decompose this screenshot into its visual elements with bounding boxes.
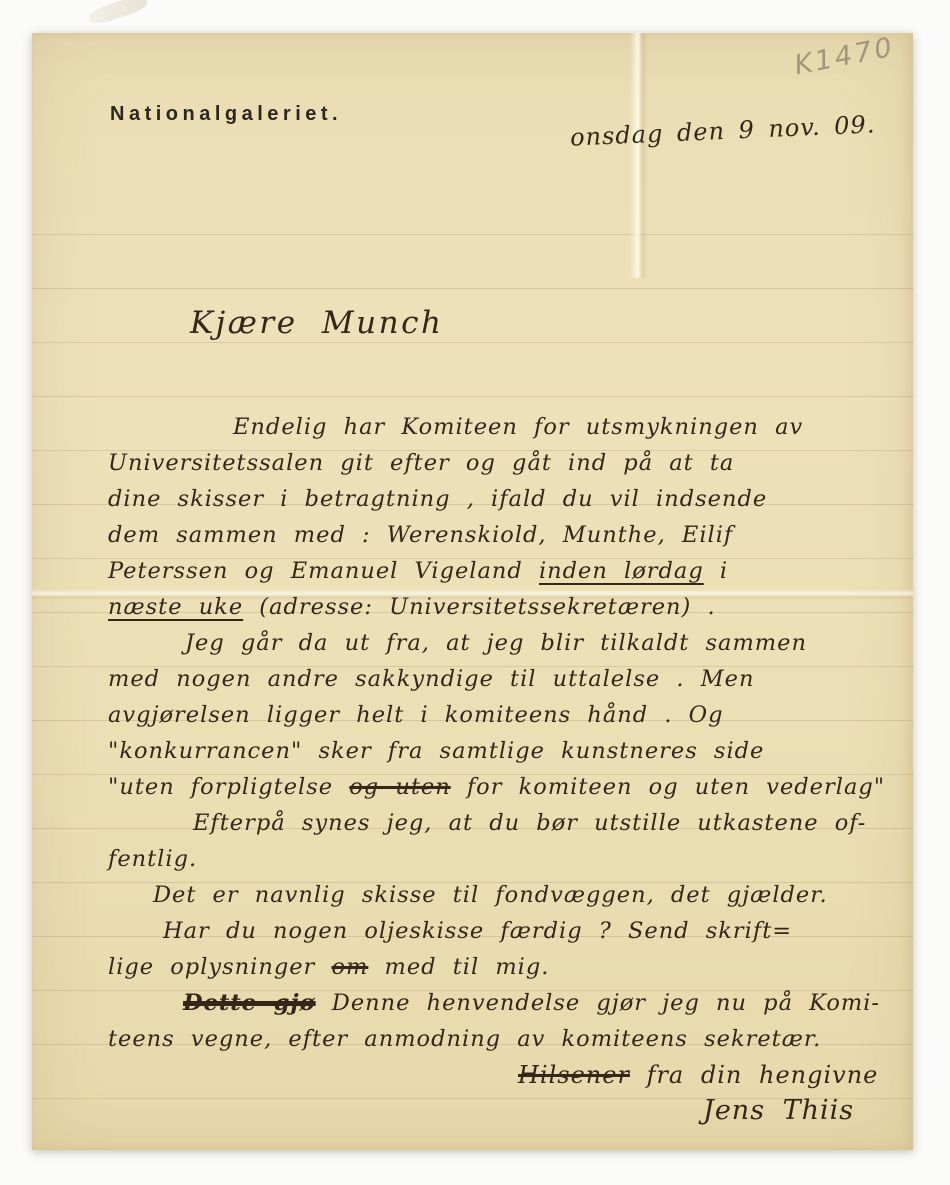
letter-text: "uten forpligtelse — [108, 774, 349, 800]
letter-line: avgjørelsen ligger helt i komiteens hånd… — [108, 697, 901, 733]
letter-line: Peterssen og Emanuel Vigeland inden lørd… — [108, 553, 901, 589]
struck-text: Dette gjø — [183, 990, 316, 1016]
struck-text: om — [331, 954, 368, 980]
letter-text: "konkurrancen" sker fra samtlige kunstne… — [108, 738, 764, 764]
letter-text: med til mig. — [368, 954, 549, 980]
letter-body: Endelig har Komiteen for utsmykningen av… — [108, 409, 901, 1129]
letter-text: Endelig har Komiteen for utsmykningen av — [233, 414, 803, 440]
letter-line: Dette gjø Denne henvendelse gjør jeg nu … — [108, 985, 901, 1021]
letter-line: Har du nogen oljeskisse færdig ? Send sk… — [108, 913, 901, 949]
letter-text: Det er navnlig skisse til fondvæggen, de… — [153, 882, 828, 908]
letter-text: Jeg går da ut fra, at jeg blir tilkaldt … — [185, 630, 807, 656]
letter-text: med nogen andre sakkyndige til uttalelse… — [108, 666, 754, 692]
letter-text: avgjørelsen ligger helt i komiteens hånd… — [108, 702, 723, 728]
letter-line: fentlig. — [108, 841, 901, 877]
letter-line: teens vegne, efter anmodning av komiteen… — [108, 1021, 901, 1057]
letter-text: Universitetssalen git efter og gåt ind p… — [108, 450, 734, 476]
letter-text: teens vegne, efter anmodning av komiteen… — [108, 1026, 821, 1052]
letter-text: dem sammen med : Werenskiold, Munthe, Ei… — [108, 522, 733, 548]
underlined-text: inden lørdag — [539, 558, 704, 584]
struck-text: og uten — [349, 774, 450, 800]
letter-line: Endelig har Komiteen for utsmykningen av — [108, 409, 901, 445]
letter-text: (adresse: Universitetssekretæren) . — [243, 594, 715, 620]
underlined-text: næste uke — [108, 594, 243, 620]
letter-text: Jens Thiis — [703, 1095, 854, 1126]
letter-text: fentlig. — [108, 846, 197, 872]
letter-text: Denne henvendelse gjør jeg nu på Komi- — [316, 990, 880, 1016]
vertical-fold-crease — [630, 33, 648, 278]
letter-line: "uten forpligtelse og uten for komiteen … — [108, 769, 901, 805]
letter-line: Efterpå synes jeg, at du bør utstille ut… — [108, 805, 901, 841]
letter-line: dine skisser i betragtning , ifald du vi… — [108, 481, 901, 517]
letter-text: dine skisser i betragtning , ifald du vi… — [108, 486, 767, 512]
archive-code-pencil: K1470 — [792, 32, 897, 82]
letter-line: "konkurrancen" sker fra samtlige kunstne… — [108, 733, 901, 769]
letter-line: med nogen andre sakkyndige til uttalelse… — [108, 661, 901, 697]
letter-line: Universitetssalen git efter og gåt ind p… — [108, 445, 901, 481]
letter-text: fra din hengivne — [630, 1061, 878, 1089]
letter-line: lige oplysninger om med til mig. — [108, 949, 901, 985]
letter-scan: K1470 Nationalgaleriet. onsdag den 9 nov… — [0, 0, 950, 1185]
struck-text: Hilsener — [518, 1061, 630, 1089]
letter-text: lige oplysninger — [108, 954, 331, 980]
letter-text: Efterpå synes jeg, at du bør utstille ut… — [193, 810, 866, 836]
letterhead: Nationalgaleriet. — [110, 103, 342, 126]
letter-text: Peterssen og Emanuel Vigeland — [108, 558, 539, 584]
letter-line: Det er navnlig skisse til fondvæggen, de… — [108, 877, 901, 913]
letter-text: Har du nogen oljeskisse færdig ? Send sk… — [163, 918, 792, 944]
letter-paper: K1470 Nationalgaleriet. onsdag den 9 nov… — [32, 33, 913, 1150]
scan-page: { "document": { "archive_code": "K1470",… — [0, 0, 950, 1185]
letter-line: Jeg går da ut fra, at jeg blir tilkaldt … — [108, 625, 901, 661]
closing-line: Hilsener fra din hengivne — [108, 1057, 901, 1093]
paper-scrap — [87, 0, 149, 27]
salutation: Kjære Munch — [190, 305, 443, 341]
letter-text: i — [704, 558, 728, 584]
letter-line: dem sammen med : Werenskiold, Munthe, Ei… — [108, 517, 901, 553]
signature: Jens Thiis — [108, 1093, 901, 1129]
letter-line: næste uke (adresse: Universitetssekretær… — [108, 589, 901, 625]
date-line: onsdag den 9 nov. 09. — [569, 110, 875, 151]
letter-text: for komiteen og uten vederlag" — [451, 774, 885, 800]
